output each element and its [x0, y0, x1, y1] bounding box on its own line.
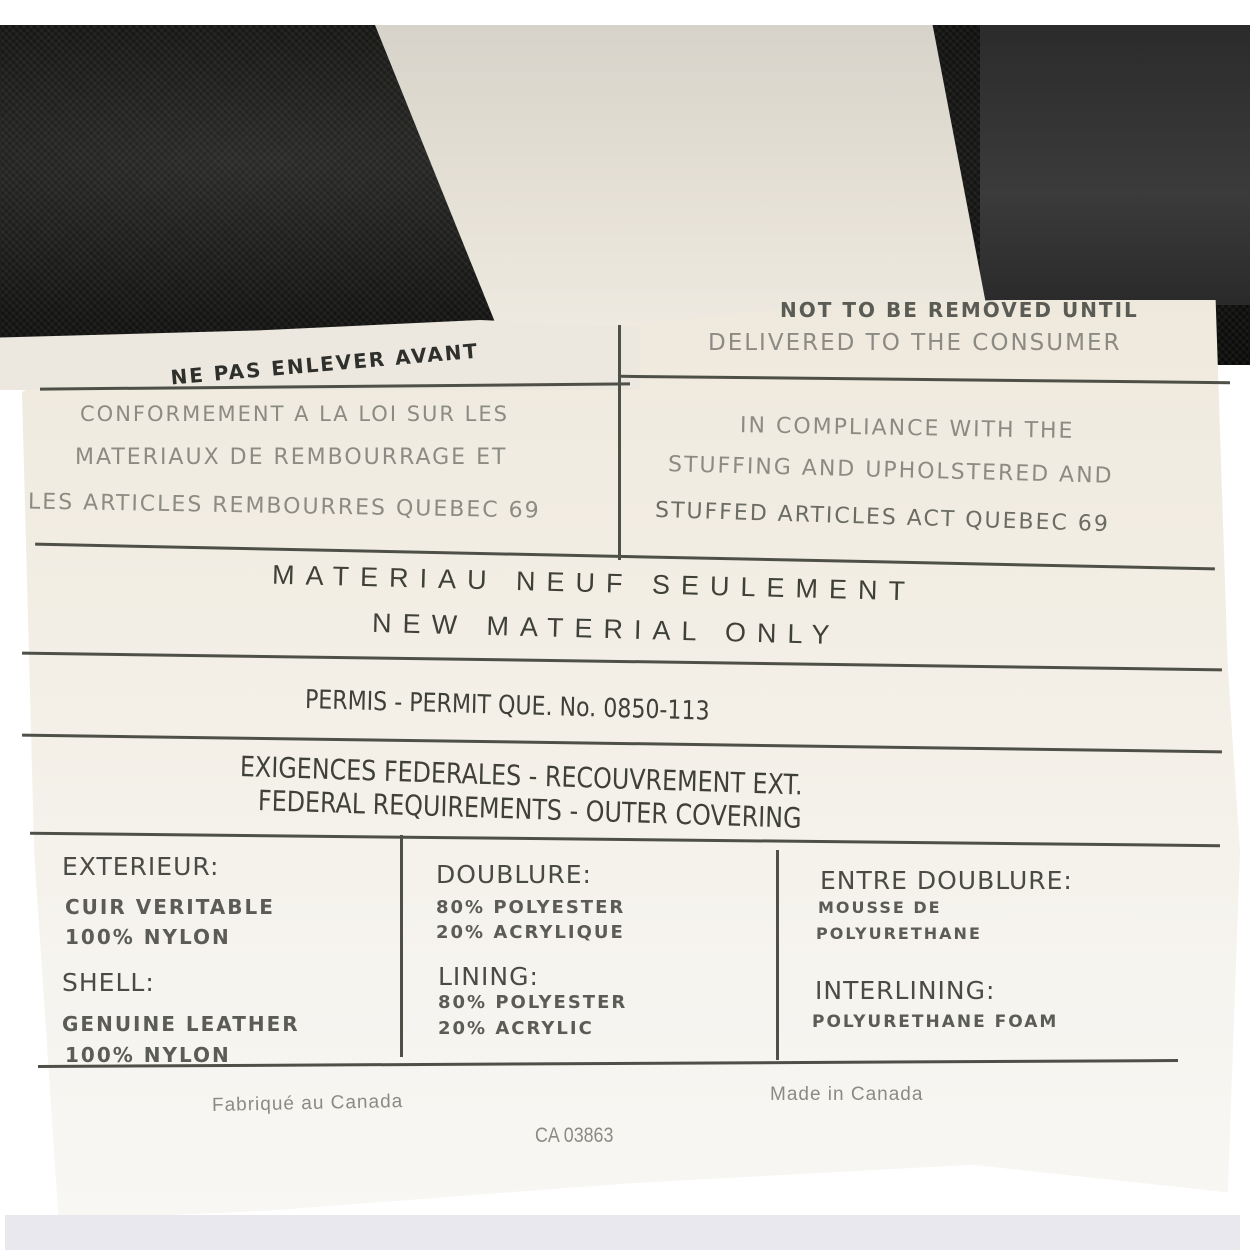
divider-vertical	[400, 835, 403, 1057]
fr-compliance-1: CONFORMEMENT A LA LOI SUR LES	[80, 402, 509, 426]
divider-vertical	[776, 850, 779, 1060]
lining-heading-en: LINING:	[438, 962, 539, 991]
shell-heading-en: SHELL:	[62, 968, 155, 997]
interlining-line-fr-1: MOUSSE DE	[818, 898, 942, 917]
shell-heading-fr: EXTERIEUR:	[62, 852, 219, 881]
lining-line-fr-1: 80% POLYESTER	[436, 897, 625, 918]
background-strip	[5, 1215, 1240, 1250]
made-in-canada-en: Made in Canada	[770, 1084, 923, 1106]
lining-line-en-1: 80% POLYESTER	[438, 992, 627, 1013]
interlining-line-fr-2: POLYURETHANE	[816, 924, 982, 943]
lining-line-fr-2: 20% ACRYLIQUE	[436, 922, 625, 943]
interlining-line-en-1: POLYURETHANE FOAM	[812, 1012, 1058, 1032]
top-right-warning-1: NOT TO BE REMOVED UNTIL	[780, 298, 1139, 322]
divider-vertical	[618, 325, 621, 560]
lining-line-en-2: 20% ACRYLIC	[438, 1018, 594, 1039]
interlining-heading-fr: ENTRE DOUBLURE:	[820, 866, 1073, 895]
jacket-lining-right	[980, 25, 1250, 305]
fr-compliance-2: MATERIAUX DE REMBOURRAGE ET	[75, 445, 507, 470]
lining-heading-fr: DOUBLURE:	[436, 860, 592, 889]
shell-line-fr-1: CUIR VERITABLE	[65, 895, 275, 919]
shell-line-en-1: GENUINE LEATHER	[62, 1012, 300, 1036]
shell-line-fr-2: 100% NYLON	[65, 925, 231, 949]
made-in-canada-fr: Fabriqué au Canada	[212, 1091, 404, 1117]
interlining-heading-en: INTERLINING:	[815, 976, 995, 1005]
top-right-warning-2: DELIVERED TO THE CONSUMER	[708, 330, 1121, 356]
ca-number: CA 03863	[535, 1124, 613, 1148]
